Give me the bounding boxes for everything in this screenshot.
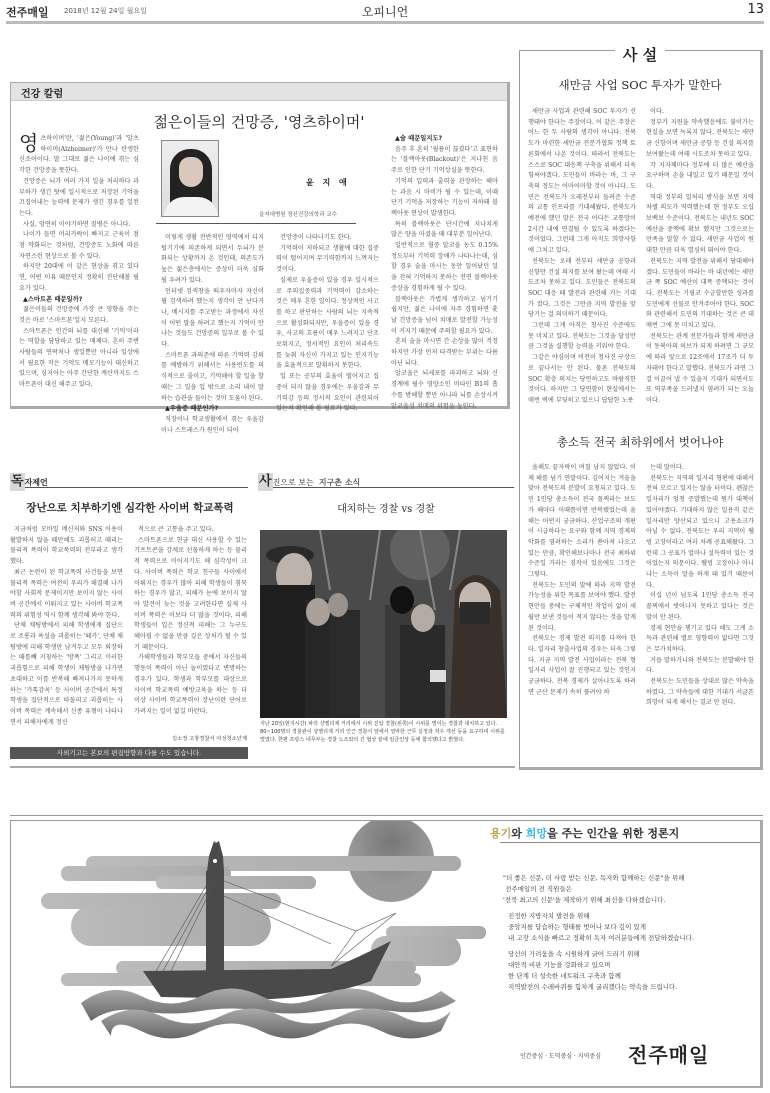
paragraph: 실제로 우울증이 있을 경우 일시적으로 주의집중력과 기억력이 감소하는 것은…	[276, 276, 379, 372]
health-column-col4: ▲술 때문일지도? 음주 후 흔히 '필름이 끊겼다'고 표현하는 '블랙아웃(…	[391, 134, 498, 412]
paragraph: 전북도는 지역의 일자리 형편에 대해서 전혀 모르고 있지는 않을 터이다. …	[646, 474, 754, 592]
paragraph: 젊은이들의 건망증에 가장 큰 영향을 주는 것은 바로 '스마트폰'일지 모른…	[19, 305, 139, 326]
paragraph: 스마트폰 과의존에 따른 기억력 감퇴를 예방하기 위해서는 사용빈도를 의식적…	[161, 351, 264, 405]
paragraph: 전북도는 오래 전부터 새만금 공항과 신항만 건설 의지를 보여 왔는데 여태…	[528, 257, 636, 321]
paragraph: 특히 블랙아웃은 단시간에 지나치게 많은 양을 마셨을 때 대부분 일어난다.	[391, 220, 498, 241]
paragraph: 건망증은 뇌가 여러 가지 일을 처리하다 과부하가 생긴 탓에 일시적으로 저…	[19, 177, 139, 220]
paragraph: 음주 후 흔히 '필름이 끊겼다'고 표현하는 '블랙아웃(Blackout)'…	[391, 145, 498, 177]
ad-headline: 용기와 희망을 주는 인간을 위한 정론지	[490, 825, 679, 841]
paragraph: 정부가 지원을 약속했음에도 불이가는 현실을 보면 녹록지 않다. 전북도는 …	[646, 118, 754, 161]
ad-line: '전북 최고의 신문'을 제작하기 위해 최선을 다하겠습니다.	[503, 896, 665, 904]
paragraph: 전북도는 도민의 말에 따라 지역 발전 가능성을 위한 목표를 보여야 했다.…	[528, 581, 636, 635]
editorial-1-col2: 이다. 정부가 지원을 약속했음에도 불이가는 현실을 보면 녹록지 않다. 전…	[646, 107, 754, 407]
paragraph: 블랙아웃은 가볍게 생각하고 넘기기 쉽지만, 젊은 나이에 자주 경험하면 훗…	[391, 295, 498, 338]
ad-line: 중앙지를 답습하는 형태를 벗어나 보다 깊이 있게	[508, 923, 646, 931]
reader-opinion-label-small: 자제언	[25, 478, 48, 487]
paragraph: 거듭 말하거니와 전북도는 분발해야 한다.	[646, 656, 754, 677]
dropcap: 영	[19, 134, 38, 152]
page-header: 전주매일 2018년 12월 24일 월요일 오피니언 13	[6, 0, 764, 24]
ad-slogan: 인간중심 · 도덕중심 · 지역중심	[520, 1051, 601, 1060]
paragraph: 최근 논란이 된 학교폭력 사건들을 보면 물리적 폭력은 여전히 우리가 해결…	[10, 568, 123, 622]
health-column: 건강 칼럼 젊은이들의 건망증, '영츠하이머' 영츠하이머'란, '젊은(Yo…	[10, 82, 510, 409]
paragraph: 기억의 입력과 출력을 관장하는 해마는 과음 시 마비가 될 수 있는데, 이…	[391, 177, 498, 220]
paragraph: 적으로 큰 고통을 주고 있다.	[134, 525, 247, 536]
editorial-label: 사 설	[615, 46, 665, 64]
paragraph: 각 지자체마다 정부에 더 많은 예산을 요구하며 손을 내밀고 있기 때문일 …	[646, 161, 754, 193]
ad-paragraph: 당신의 가려움을 속 시원하게 긁어 드리기 위해 대안적 비판 기능을 강화하…	[503, 949, 763, 993]
section-title: 오피니언	[6, 3, 764, 20]
author-name: 윤 지 애	[306, 177, 350, 188]
header-rule	[6, 21, 764, 24]
paragraph: 는데 말이다.	[646, 463, 754, 474]
paragraph: 새만금 사업과 관련해 SOC 투자가 선행돼야 한다는 주장이다. 이 같은 …	[528, 107, 636, 257]
paragraph: 사실, 엄연히 이야기하면 질병은 아니다.	[19, 220, 139, 231]
subheading: ▲술 때문일지도?	[391, 134, 498, 145]
health-column-title: 젊은이들의 건망증, '영츠하이머'	[11, 111, 507, 132]
ad-line: 전주매일의 전 직원들은	[505, 885, 572, 893]
author-affiliation: 을지대병원 정신건강의학과 교수	[259, 210, 337, 218]
health-column-label: 건강 칼럼	[21, 85, 63, 100]
ad-line: 지역발전의 수레바퀴를 힘차게 굴리겠다는 약속을 드립니다.	[508, 983, 677, 991]
editorial-2-col1: 올해도 끝자락이 며칠 남지 않았다. 이제 해를 넘기 연말이다. 깊어지는 …	[528, 463, 636, 698]
ad-line: 진정한 지방자치 발전을 위해	[508, 912, 590, 920]
ad-line: 내 고장 소식을 빠르고 정확히 독자 여러분들에게 전달하겠습니다.	[508, 934, 694, 942]
reader-opinion-header: 독자제언	[10, 470, 248, 488]
paragraph: 이십 년이 넘도록 1인당 총소득 전국 꼴찌에서 벗어나지 못하고 있다는 것…	[646, 591, 754, 623]
paragraph: 스마트폰은 인간의 뇌를 대신해 '기억'이라는 역할을 담당하고 있는 매체다…	[19, 327, 139, 391]
paragraph: 직장이나 학교생활에서 겪는 우울감이나 스트레스가 원인이 되어	[161, 415, 264, 436]
ad-line: 한 단계 더 성숙한 네트워크 구축과 함께	[508, 972, 621, 980]
paragraph: 역대 정부의 일처리 방식을 보면 지역 차별 의도가 역력했는데 현 정부도 …	[646, 193, 754, 257]
reader-opinion-title: 장난으로 치부하기엔 심각한 사이버 학교폭력	[10, 500, 250, 515]
paragraph: 일반적으로 혈중 알코올 농도 0.15% 정도부터 기억력 장애가 나타나는데…	[391, 241, 498, 295]
ad-line: 대안적 비판 기능을 강화하고 있으며	[508, 961, 610, 969]
newspaper-logo: 전주매일	[628, 1039, 709, 1068]
ad-paragraph: "더 좋은 신문, 더 사랑 받는 신문, 독자와 함께하는 신문"을 위해 전…	[503, 873, 763, 906]
paragraph: 스마트폰으로 현금 대신 사용할 수 있는 기프트콘을 강제로 선물하게 하는 …	[134, 536, 247, 654]
paragraph: 흔히 술을 마시면 간 손상을 많이 걱정하지만 가장 먼저 타격받는 부위는 …	[391, 337, 498, 369]
paragraph: 기억력이 저하되고 생활에 대한 집중력이 떨어지며 무기력함까지 느껴지는 것…	[276, 244, 379, 276]
paragraph: 올해도 끝자락이 며칠 남지 않았다. 이제 해를 넘기 연말이다. 깊어지는 …	[528, 463, 636, 581]
editorial-1-col1: 새만금 사업과 관련해 SOC 투자가 선행돼야 한다는 주장이다. 이 같은 …	[528, 107, 636, 407]
paragraph: 그같은 야심이며 비전이 청사진 구상으로 끝나서는 안 된다. 물론 전북도의…	[528, 353, 636, 407]
paragraph: 전북도는 지역 발전을 위해서 담대해야겠다. 도민들이 바라는 바 내년에는 …	[646, 257, 754, 332]
paragraph: 나이가 들면 머리카락이 빠지고 근육이 점점 약화되는 것처럼, 건망증도 노…	[19, 230, 139, 262]
paragraph: 하지만 20대에 이 같은 현상을 겪고 있다면, 어떤 이유 때문인지 정확히…	[19, 262, 139, 294]
ad-headline-courage: 용기	[490, 827, 511, 840]
photo-news-header: 사진으로 보는 지구촌 소식	[258, 470, 514, 488]
disclaimer-notice: 사외기고는 본보의 편집방향과 다를 수도 있습니다.	[10, 747, 248, 759]
health-column-col1: 영츠하이머'란, '젊은(Young)'과 '알츠하이머(Alzheimer)'…	[19, 134, 139, 391]
photo-news-label-big: 사	[258, 473, 273, 491]
paragraph: 인터넷 검색창을 띄우자마자 자신이 뭘 검색하려 했는지 생각이 안 난다거나…	[161, 287, 264, 351]
pen-ship-illustration-icon	[31, 821, 491, 1061]
editorial-2-col2: 는데 말이다. 전북도는 지역의 일자리 형편에 대해서 전혀 모르고 있지는 …	[646, 463, 754, 709]
paragraph: 그런데 그게 아직은 청사진 수준에도 못 미치고 있다. 전북도는 그것을 달…	[528, 321, 636, 353]
ad-headline-hope: 희망	[526, 827, 547, 840]
police-standoff-photo-icon	[260, 530, 507, 718]
photo-news-caption: 지난 20일(현지시간) 파리 샹젤리제 거리에서 시위 진압 경찰(왼쪽)이 …	[260, 720, 510, 744]
paragraph: 지금처럼 모바일 메신저와 SNS 이용이 활발하지 않을 때만해도 괴롭히고 …	[10, 525, 123, 568]
paragraph: 일 또는 공부의 효율이 떨어지고 집중이 되지 않을 경우에는 우울감과 무기…	[276, 372, 379, 415]
health-column-col2: 이렇게 생활 전반적인 영역에서 디지털기기에 의존하게 되면서 두뇌가 분화되…	[161, 233, 264, 436]
paragraph: 전북도는 도민들을 상대로 많은 약속을 하였다. 그 약속들에 대한 기대가 …	[646, 677, 754, 709]
health-column-col3: 건망증이 나타나기도 한다. 기억력이 저하되고 생활에 대한 집중력이 떨어지…	[276, 233, 379, 415]
ad-line: 당신의 가려움을 속 시원하게 긁어 드리기 위해	[508, 950, 640, 958]
author-photo	[161, 140, 219, 217]
paragraph: 건망증이 나타나기도 한다.	[276, 233, 379, 244]
divider	[10, 766, 515, 768]
subheading: ▲우울증 때문인가?	[161, 404, 264, 415]
paragraph: 전북도는 관계 전문가들과 함께 새만금이 동북아의 허브가 되게 하려면 그 …	[646, 332, 754, 407]
reader-opinion-col1: 지금처럼 모바일 메신저와 SNS 이용이 활발하지 않을 때만해도 괴롭히고 …	[10, 525, 123, 728]
paragraph: 가해학생들과 학부모들 중에서 자신들의 행동이 폭력이 아닌 놀이였다고 변명…	[134, 653, 247, 717]
paragraph: 알코올은 뇌세포를 파괴하고 뇌와 신경계에 필수 영양소인 비타민 B1의 흡…	[391, 369, 498, 412]
ad-headline-text: 와	[511, 827, 525, 840]
editorial-title-1: 새만금 사업 SOC 투자가 말한다	[520, 77, 760, 93]
paragraph: 이다.	[646, 107, 754, 118]
photo-news-image	[260, 530, 507, 718]
editorial: 사 설 새만금 사업 SOC 투자가 말한다 새만금 사업과 관련해 SOC 투…	[519, 50, 763, 770]
divider	[156, 223, 356, 224]
reader-opinion-label-big: 독	[10, 473, 25, 491]
paragraph: 단체 채팅방에서 피해 학생에게 집단으로 조롱과 욕설을 괴롭히는 '떼카',…	[10, 621, 123, 728]
divider	[10, 815, 763, 816]
editorial-title-2: 총소득 전국 최하위에서 벗어나야	[520, 434, 760, 450]
photo-news-label-small: 진으로 보는	[273, 478, 314, 487]
page-number: 13	[747, 2, 764, 17]
reader-opinion-col2: 적으로 큰 고통을 주고 있다. 스마트폰으로 현금 대신 사용할 수 있는 기…	[134, 525, 247, 718]
paragraph: 경제 현안을 챙기고 있다 해도 그게 소득과 관련해 별로 영향력이 없다면 …	[646, 624, 754, 656]
ad-paragraph: 진정한 지방자치 발전을 위해 중앙지를 답습하는 형태를 벗어나 보다 깊이 …	[503, 911, 763, 944]
reader-opinion-byline: 김소정 고창경찰서 여성청소년계	[134, 734, 247, 742]
paragraph: 전북도는 경제 발전 의지를 다져야 한다. 일자리 창출사업의 경우는 더욱 …	[528, 634, 636, 698]
editorial-label-wrap: 사 설	[520, 44, 760, 65]
subheading: ▲스마트폰 때문일까?	[19, 295, 139, 306]
photo-news-title: 대치하는 경찰 vs 경찰	[258, 500, 514, 515]
paragraph: 이렇게 생활 전반적인 영역에서 디지털기기에 의존하게 되면서 두뇌가 분화되…	[161, 233, 264, 287]
ad-body: "더 좋은 신문, 더 사랑 받는 신문, 독자와 함께하는 신문"을 위해 전…	[503, 873, 763, 998]
divider	[500, 842, 760, 843]
ad-line: "더 좋은 신문, 더 사랑 받는 신문, 독자와 함께하는 신문"을 위해	[503, 874, 684, 882]
photo-news-label-highlight: 지구촌 소식	[319, 478, 360, 487]
ad-headline-text: 을 주는 인간을 위한 정론지	[547, 827, 679, 840]
health-column-header: 건강 칼럼	[11, 83, 507, 101]
